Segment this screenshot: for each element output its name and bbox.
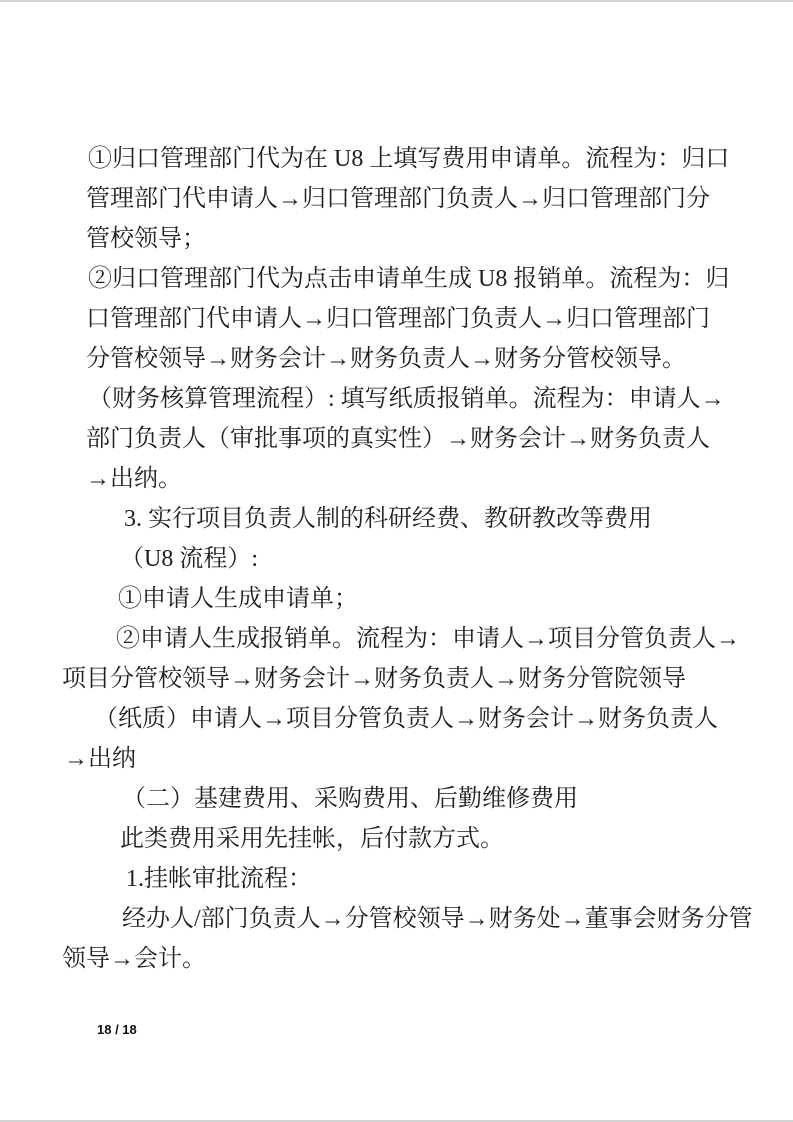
document-line: →出纳。 [86, 459, 793, 499]
document-line: 3. 实行项目负责人制的科研经费、教研教改等费用 [124, 499, 793, 539]
document-line: 分管校领导→财务会计→财务负责人→财务分管校领导。 [86, 339, 793, 379]
document-line: 管理部门代申请人→归口管理部门负责人→归口管理部门分 [86, 179, 793, 219]
document-line: 口管理部门代申请人→归口管理部门负责人→归口管理部门 [86, 299, 793, 339]
document-line: ②归口管理部门代为点击申请单生成 U8 报销单。流程为：归 [88, 259, 793, 299]
document-line: 管校领导； [86, 219, 793, 259]
document-line: ①归口管理部门代为在 U8 上填写费用申请单。流程为：归口 [88, 139, 793, 179]
document-line: （二）基建费用、采购费用、后勤维修费用 [122, 779, 793, 819]
document-line: （纸质）申请人→项目分管负责人→财务会计→财务负责人 [94, 699, 793, 739]
document-line: 项目分管校领导→财务会计→财务负责人→财务分管院领导 [62, 659, 793, 699]
document-line: →出纳 [64, 739, 793, 779]
document-line: 此类费用采用先挂帐，后付款方式。 [120, 819, 793, 859]
document-viewport: ①归口管理部门代为在 U8 上填写费用申请单。流程为：归口 管理部门代申请人→归… [0, 0, 793, 1122]
page-number: 18 / 18 [97, 1022, 137, 1037]
document-body: ①归口管理部门代为在 U8 上填写费用申请单。流程为：归口 管理部门代申请人→归… [0, 139, 793, 979]
document-line: （财务核算管理流程）: 填写纸质报销单。流程为：申请人→ [88, 379, 793, 419]
document-line: 1.挂帐审批流程： [126, 859, 793, 899]
document-line: （U8 流程）: [120, 539, 793, 579]
document-page: ①归口管理部门代为在 U8 上填写费用申请单。流程为：归口 管理部门代申请人→归… [0, 0, 793, 1122]
document-line: 部门负责人（审批事项的真实性）→财务会计→财务负责人 [86, 419, 793, 459]
document-line: 经办人/部门负责人→分管校领导→财务处→董事会财务分管 [122, 899, 793, 939]
document-line: 领导→会计。 [62, 939, 793, 979]
document-line: ②申请人生成报销单。流程为：申请人→项目分管负责人→ [116, 619, 793, 659]
document-line: ①申请人生成申请单； [118, 579, 793, 619]
